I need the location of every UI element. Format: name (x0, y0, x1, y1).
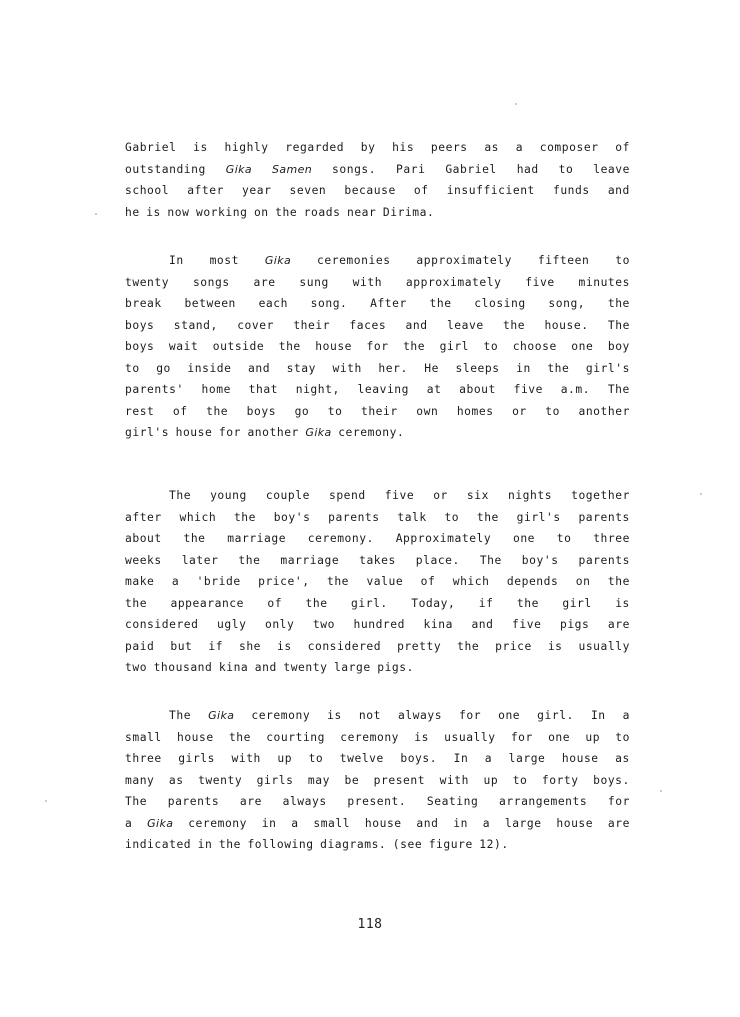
word: up (585, 727, 600, 749)
text-line: togoinsideandstaywithher.Hesleepsinthegi… (125, 358, 630, 380)
word: go (295, 401, 310, 423)
word: to (125, 358, 140, 380)
word: five (514, 379, 543, 401)
word: and (255, 657, 277, 679)
text-line: theappearanceofthegirl.Today,ifthegirlis (125, 593, 630, 615)
word: school (125, 180, 169, 202)
word: He (424, 358, 439, 380)
word: to (559, 159, 574, 181)
word: and (416, 813, 438, 835)
word: is (277, 636, 292, 658)
word: the (503, 315, 525, 337)
text-line: restoftheboysgototheirownhomesortoanothe… (125, 401, 630, 423)
word: The (125, 791, 147, 813)
word: takes (359, 550, 396, 572)
word: outside (213, 336, 264, 358)
word: present. (347, 791, 406, 813)
word: 12). (479, 834, 508, 856)
word: go (156, 358, 171, 380)
word: to (557, 528, 572, 550)
word: the (206, 401, 228, 423)
word: for (608, 791, 630, 813)
word: or (512, 401, 527, 423)
word: Pari (396, 159, 425, 181)
text-line: schoolafteryearsevenbecauseofinsufficien… (125, 180, 630, 202)
word: is (146, 202, 161, 224)
word: that (249, 379, 278, 401)
word: faces (349, 315, 386, 337)
word: parents (578, 550, 629, 572)
word: the (279, 336, 301, 358)
word: their (361, 401, 398, 423)
word: three (125, 748, 162, 770)
word: small (313, 813, 350, 835)
word: with (440, 770, 469, 792)
word: and (471, 614, 493, 636)
paragraph-marriage-bride-price: Theyoungcouplespendfiveorsixnightstogeth… (125, 485, 630, 679)
word: large (505, 813, 542, 835)
word: thousand (154, 657, 213, 679)
word: the (234, 507, 256, 529)
word: the (327, 571, 349, 593)
word: one (571, 336, 593, 358)
word: songs. (332, 159, 376, 181)
word: house. (544, 315, 588, 337)
word: he (125, 202, 140, 224)
word: at (427, 379, 442, 401)
text-line: parents'homethatnight,leavingataboutfive… (125, 379, 630, 401)
word: the (306, 593, 328, 615)
text-line: aGikaceremonyinasmallhouseandinalargehou… (125, 813, 630, 835)
word: parents' (125, 379, 184, 401)
word: the (403, 336, 425, 358)
word: girl's (586, 358, 630, 380)
word: but (170, 636, 192, 658)
word: forty (542, 770, 579, 792)
word: of (615, 137, 630, 159)
text-line: smallhousethecourtingceremonyisusuallyfo… (125, 727, 630, 749)
scan-speck (660, 790, 662, 792)
word: the (608, 571, 630, 593)
text-line: threegirlswithuptotwelveboys.Inalargehou… (125, 748, 630, 770)
word: leave (447, 315, 484, 337)
word: The (169, 705, 191, 727)
word: own (416, 401, 438, 423)
scan-speck (515, 103, 517, 105)
word: approximately (406, 272, 502, 294)
word: after (187, 180, 224, 202)
word: the (125, 593, 147, 615)
paragraph-seating-arrangements: TheGikaceremonyisnotalwaysforonegirl.Ina… (125, 705, 630, 856)
word: twenty (283, 657, 327, 679)
word: year (242, 180, 271, 202)
word: because (344, 180, 395, 202)
word: with (332, 358, 361, 380)
word: usually (578, 636, 629, 658)
word: fifteen (538, 250, 589, 272)
word: rest (125, 401, 154, 423)
word: ceremony. (308, 528, 374, 550)
word: later (182, 550, 219, 572)
word: of (173, 401, 188, 423)
word: Gabriel (125, 137, 176, 159)
word: sleeps (456, 358, 500, 380)
word: most (210, 250, 239, 272)
word: the (517, 593, 539, 615)
word: following (247, 834, 313, 856)
word: of (414, 180, 429, 202)
word: house (177, 727, 214, 749)
scan-speck (45, 800, 47, 802)
text-line: breakbetweeneachsong.Aftertheclosingsong… (125, 293, 630, 315)
word: the (219, 834, 241, 856)
word: if (479, 593, 494, 615)
word: In (454, 748, 469, 770)
text-line: Gabrielishighlyregardedbyhispeersasacomp… (125, 137, 630, 159)
word: now (167, 202, 189, 224)
word: usually (444, 727, 495, 749)
word: wait (169, 336, 198, 358)
text-line: twentysongsaresungwithapproximatelyfivem… (125, 272, 630, 294)
word: each (259, 293, 288, 315)
word: closing (474, 293, 525, 315)
word: by (361, 137, 376, 159)
word: night, (296, 379, 340, 401)
word: large (509, 748, 546, 770)
word: the (183, 528, 205, 550)
word: outstanding (125, 159, 206, 181)
word: for (459, 705, 481, 727)
word: her. (378, 358, 407, 380)
word: house (365, 813, 402, 835)
word: are (240, 791, 262, 813)
word: marriage (280, 550, 339, 572)
word: girl's (517, 507, 561, 529)
word: are (254, 272, 276, 294)
word: in (453, 813, 468, 835)
word: boys. (400, 748, 437, 770)
word: house (176, 422, 213, 444)
word: Samen (272, 159, 312, 181)
word: sung (299, 272, 328, 294)
word: a (291, 813, 298, 835)
text-line: InmostGikaceremoniesapproximatelyfifteen… (125, 250, 630, 272)
word: working (196, 202, 247, 224)
word: In (591, 705, 606, 727)
word: Gabriel (445, 159, 496, 181)
word: for (219, 422, 241, 444)
word: parents (168, 791, 219, 813)
word: minutes (579, 272, 630, 294)
word: highly (225, 137, 269, 159)
text-line: paidbutifsheisconsideredprettythepriceis… (125, 636, 630, 658)
word: for (367, 336, 389, 358)
word: nights (508, 485, 552, 507)
word: Gika (265, 250, 291, 272)
word: 'bride (197, 571, 241, 593)
word: Gika (226, 159, 252, 181)
word: his (392, 137, 414, 159)
text-line: manyastwentygirlsmaybepresentwithuptofor… (125, 770, 630, 792)
word: a (125, 813, 132, 835)
word: girls (257, 770, 294, 792)
word: cover (237, 315, 274, 337)
word: the (238, 550, 260, 572)
word: another (247, 422, 298, 444)
word: choose (513, 336, 557, 358)
word: girl's (125, 422, 169, 444)
word: ceremony. (338, 422, 404, 444)
text-line: weekslaterthemarriagetakesplace.Theboy's… (125, 550, 630, 572)
word: Gika (208, 705, 234, 727)
word: one (548, 727, 570, 749)
word: as (484, 137, 499, 159)
word: small (125, 727, 162, 749)
word: stand, (174, 315, 218, 337)
word: girl (440, 336, 469, 358)
word: three (593, 528, 630, 550)
word: not (359, 705, 381, 727)
word: homes (457, 401, 494, 423)
word: Approximately (396, 528, 492, 550)
word: a (516, 137, 523, 159)
word: always (283, 791, 327, 813)
word: large (334, 657, 371, 679)
word: present (374, 770, 425, 792)
word: which (179, 507, 216, 529)
word: leave (593, 159, 630, 181)
word: value (366, 571, 403, 593)
word: and (248, 358, 270, 380)
text-line: aboutthemarriageceremony.Approximatelyon… (125, 528, 630, 550)
word: ceremony (251, 705, 310, 727)
text-line: Theparentsarealwayspresent.Seatingarrang… (125, 791, 630, 813)
scan-speck (95, 213, 97, 215)
word: one (513, 528, 535, 550)
word: she (239, 636, 261, 658)
word: house (556, 813, 593, 835)
word: Dirima. (383, 202, 434, 224)
word: are (608, 614, 630, 636)
text-line: indicatedinthefollowingdiagrams.(seefigu… (125, 834, 630, 856)
word: is (615, 593, 630, 615)
word: two (125, 657, 147, 679)
word: a (485, 748, 492, 770)
word: talk (397, 507, 426, 529)
word: pigs. (377, 657, 414, 679)
word: is (414, 727, 429, 749)
text-line: Theyoungcouplespendfiveorsixnightstogeth… (125, 485, 630, 507)
word: house (315, 336, 352, 358)
word: figure (429, 834, 473, 856)
text-line: TheGikaceremonyisnotalwaysforonegirl.Ina (125, 705, 630, 727)
word: one (498, 705, 520, 727)
word: the (608, 293, 630, 315)
word: ceremony (340, 727, 399, 749)
word: seven (290, 180, 327, 202)
word: with (353, 272, 382, 294)
word: boy's (274, 507, 311, 529)
scan-speck (700, 493, 702, 495)
word: twenty (198, 770, 242, 792)
word: home (202, 379, 231, 401)
word: roads (304, 202, 341, 224)
word: to (484, 336, 499, 358)
word: up (484, 770, 499, 792)
word: two (313, 614, 335, 636)
word: parents (578, 507, 629, 529)
word: indicated (125, 834, 191, 856)
word: five (525, 272, 554, 294)
word: in (262, 813, 277, 835)
word: Gika (147, 813, 173, 835)
word: place. (416, 550, 460, 572)
word: arrangements (499, 791, 587, 813)
word: girls (178, 748, 215, 770)
word: or (433, 485, 448, 507)
word: Seating (427, 791, 478, 813)
word: boys. (593, 770, 630, 792)
word: appearance (170, 593, 244, 615)
word: near (347, 202, 376, 224)
word: to (545, 401, 560, 423)
word: make (125, 571, 154, 593)
text-line: outstandingGikaSamensongs.PariGabrielhad… (125, 159, 630, 181)
word: as (615, 748, 630, 770)
text-line: heisnowworkingontheroadsnearDirima. (125, 202, 630, 224)
word: to (615, 727, 630, 749)
word: the (275, 202, 297, 224)
word: about (125, 528, 162, 550)
word: for (511, 727, 533, 749)
word: after (125, 507, 162, 529)
word: to (444, 507, 459, 529)
word: a (623, 705, 630, 727)
word: to (513, 770, 528, 792)
word: marriage (227, 528, 286, 550)
word: leaving (358, 379, 409, 401)
word: regarded (285, 137, 344, 159)
word: The (169, 485, 191, 507)
word: boy's (522, 550, 559, 572)
word: considered (308, 636, 382, 658)
word: on (254, 202, 269, 224)
word: insufficient (447, 180, 535, 202)
word: is (193, 137, 208, 159)
word: a (483, 813, 490, 835)
word: ceremonies (317, 250, 391, 272)
word: young (210, 485, 247, 507)
word: the (430, 293, 452, 315)
word: always (398, 705, 442, 727)
word: is (548, 636, 563, 658)
word: After (370, 293, 407, 315)
word: pretty (397, 636, 441, 658)
word: together (571, 485, 630, 507)
word: The (608, 315, 630, 337)
word: the (457, 636, 479, 658)
word: another (578, 401, 629, 423)
word: The (608, 379, 630, 401)
word: five (512, 614, 541, 636)
word: and (608, 180, 630, 202)
word: which (453, 571, 490, 593)
word: girl (562, 593, 591, 615)
word: their (293, 315, 330, 337)
word: had (517, 159, 539, 181)
word: about (459, 379, 496, 401)
word: with (232, 748, 261, 770)
word: six (467, 485, 489, 507)
word: parents (328, 507, 379, 529)
word: twenty (125, 272, 169, 294)
word: pigs (560, 614, 589, 636)
word: up (277, 748, 292, 770)
word: to (309, 748, 324, 770)
word: to (615, 250, 630, 272)
word: a (172, 571, 179, 593)
word: are (608, 813, 630, 835)
word: of (267, 593, 282, 615)
word: only (265, 614, 294, 636)
word: girl. (351, 593, 388, 615)
text-line: twothousandkinaandtwentylargepigs. (125, 657, 630, 679)
word: kina (424, 614, 453, 636)
text-line: boyswaitoutsidethehouseforthegirltochoos… (125, 336, 630, 358)
word: many (125, 770, 154, 792)
word: may (308, 770, 330, 792)
word: boys (125, 336, 154, 358)
word: composer (540, 137, 599, 159)
word: be (344, 770, 359, 792)
text-line: afterwhichtheboy'sparentstalktothegirl's… (125, 507, 630, 529)
word: weeks (125, 550, 162, 572)
text-line: boysstand,covertheirfacesandleavethehous… (125, 315, 630, 337)
word: Today, (411, 593, 455, 615)
word: of (421, 571, 436, 593)
word: and (406, 315, 428, 337)
word: (see (393, 834, 422, 856)
word: hundred (354, 614, 405, 636)
word: in (198, 834, 213, 856)
word: price (495, 636, 532, 658)
text-line: girl'shouseforanotherGikaceremony. (125, 422, 630, 444)
word: Gika (305, 422, 331, 444)
word: twelve (340, 748, 384, 770)
word: song, (548, 293, 585, 315)
word: on (576, 571, 591, 593)
word: approximately (416, 250, 512, 272)
page-number: 118 (340, 917, 400, 932)
word: is (327, 705, 342, 727)
word: In (169, 250, 184, 272)
word: stay (287, 358, 316, 380)
word: peers (431, 137, 468, 159)
word: song. (311, 293, 348, 315)
word: The (480, 550, 502, 572)
word: boys (125, 315, 154, 337)
word: the (229, 727, 251, 749)
word: spend (329, 485, 366, 507)
word: courting (266, 727, 325, 749)
word: the (477, 507, 499, 529)
paragraph-gika-ceremony-songs: InmostGikaceremoniesapproximatelyfifteen… (125, 250, 630, 444)
text-line: considereduglyonlytwohundredkinaandfivep… (125, 614, 630, 636)
word: break (125, 293, 162, 315)
word: ugly (217, 614, 246, 636)
word: boys (247, 401, 276, 423)
word: kina (219, 657, 248, 679)
